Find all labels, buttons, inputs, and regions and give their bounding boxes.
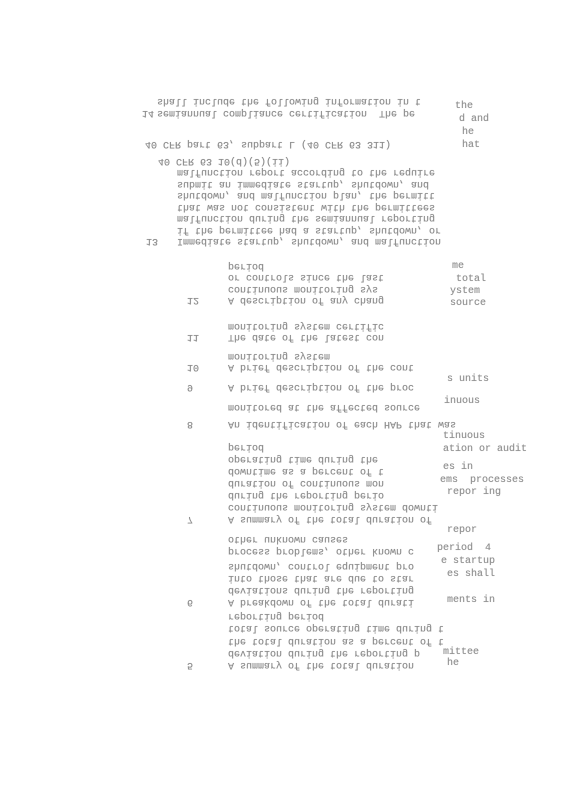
edge-fragment: e startup <box>441 557 495 567</box>
edge-fragment: hat <box>462 141 480 151</box>
scan-text-line: shutdown, and malfunction plan, the perm… <box>177 189 435 199</box>
edge-fragment: the <box>455 102 473 112</box>
edge-fragment: inuous <box>444 397 480 407</box>
edge-fragment: period 4 <box>437 544 491 554</box>
edge-fragment: ments in <box>447 596 495 606</box>
scan-text-line: operating time during the <box>228 453 378 463</box>
scan-text-line: malfunction during the semiannual report… <box>177 212 435 222</box>
scan-text-line: deviations during the reporting <box>228 584 414 594</box>
item-number: 13 <box>146 235 158 245</box>
scan-text-line: if the permittee had a startup, shutdown… <box>177 224 441 234</box>
scan-text-line: A summary of the total duration of <box>228 513 432 523</box>
scan-text-line: A summary of the total duration <box>228 659 414 669</box>
scan-text-line: into those that are due to star <box>228 572 414 582</box>
scan-text-line: A brief description of the proc <box>228 381 414 391</box>
item-number: 10 <box>187 361 199 371</box>
scan-text-line: total source operating time during t <box>228 622 444 632</box>
scan-text-line: semiannual compliance certification The … <box>157 107 415 117</box>
scan-text-line: Immediate startup, shutdown, and malfunc… <box>177 235 441 245</box>
scan-text-line: A brief description of the cont <box>228 361 414 371</box>
scanned-document-page: shall include the following information … <box>0 0 566 800</box>
scan-text-line: 40 CFR 63 10(d)(5)(ii) <box>158 155 290 165</box>
scan-text-line: that was not consistent with the permitt… <box>177 201 435 211</box>
scan-text-line: duration of continuous mon <box>228 477 384 487</box>
edge-fragment: s units <box>447 375 489 385</box>
edge-fragment: ystem <box>450 287 480 297</box>
scan-text-line: 40 CFR part 63, subpart L (40 CFR 63 311… <box>145 138 391 148</box>
item-number: 11 <box>187 331 199 341</box>
scan-text-line: monitoring system certific <box>228 320 384 330</box>
edge-fragment: repor <box>447 526 477 536</box>
edge-fragment: es shall <box>447 570 495 580</box>
scan-text-line: period <box>228 441 264 451</box>
edge-fragment: d and <box>459 115 489 125</box>
scan-text-line: deviation during the reporting p <box>228 647 420 657</box>
item-number: 14 <box>142 107 154 117</box>
edge-fragment: me <box>452 262 464 272</box>
scan-text-line: submit an immediate startup, shutdown, a… <box>177 178 429 188</box>
item-number: 12 <box>187 294 199 304</box>
scan-text-line: monitored at the affected source <box>228 401 420 411</box>
edge-fragment: tinuous <box>443 432 485 442</box>
item-number: 9 <box>187 381 193 391</box>
scan-text-line: monitoring system <box>228 350 330 360</box>
scan-text-line: downtime as a percent of t <box>228 465 384 475</box>
edge-fragment: source <box>450 299 486 309</box>
item-number: 7 <box>187 513 193 523</box>
scan-text-line: malfunction report according to the requ… <box>177 166 435 176</box>
scan-text-line: reporting period <box>228 610 324 620</box>
edge-fragment: he <box>462 128 474 138</box>
scan-text-line: period <box>228 260 264 270</box>
edge-fragment: he <box>447 659 459 669</box>
item-number: 5 <box>187 659 193 669</box>
edge-fragment: es in <box>443 463 473 473</box>
scan-text-line: process problems, other known c <box>228 545 414 555</box>
scan-text-line: shall include the following information … <box>157 95 421 105</box>
scan-text-line: the total duration as a percent of t <box>228 635 444 645</box>
edge-fragment: ation or audit <box>443 445 527 455</box>
scan-text-line: An identification of each HAP that was <box>228 418 456 428</box>
scan-text-line: other unknown causes <box>228 533 348 543</box>
edge-fragment: repor ing <box>447 488 501 498</box>
edge-fragment: mittee <box>443 648 479 658</box>
item-number: 6 <box>187 596 193 606</box>
scan-text-line: shutdown, control equipment pro <box>228 560 414 570</box>
scan-text-line: during the reporting perio <box>228 489 384 499</box>
item-number: 8 <box>187 418 193 428</box>
scan-text-line: A description of any chang <box>228 294 384 304</box>
edge-fragment: total <box>456 275 486 285</box>
scan-text-line: or controls since the last <box>228 271 384 281</box>
scan-text-line: continuous monitoring system downti <box>228 501 438 511</box>
scan-text-line: The date of the latest con <box>228 331 384 341</box>
scan-text-line: A breakdown of the total durati <box>228 596 414 606</box>
edge-fragment: ems processes <box>440 476 524 486</box>
scan-text-line: continuous monitoring sys <box>228 283 378 293</box>
